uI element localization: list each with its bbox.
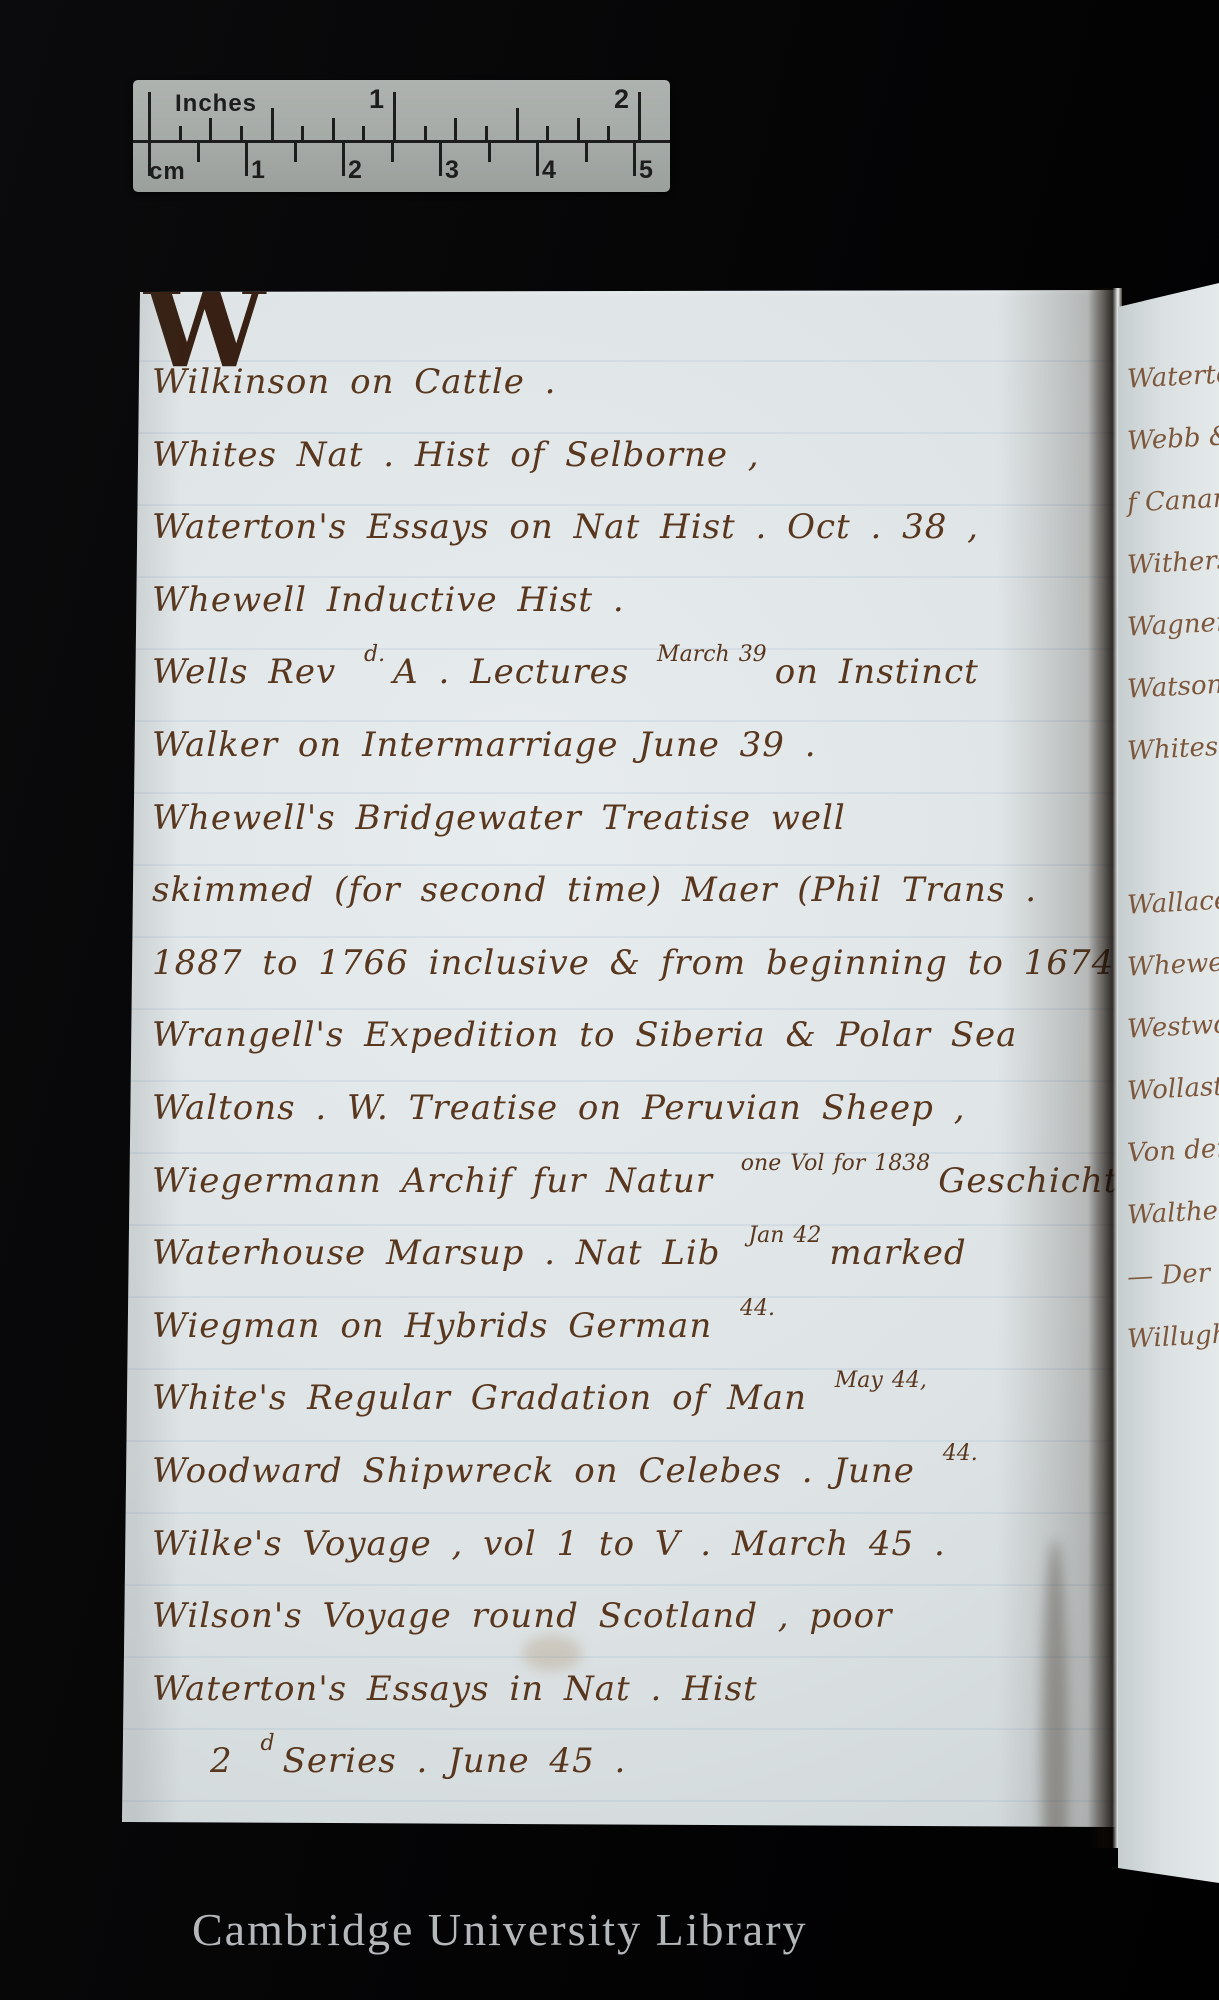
ruler-inch-tick [332, 118, 335, 140]
ruler-cm-number: 3 [445, 156, 459, 185]
ruler-inch-number: 2 [614, 84, 629, 115]
ruler-cm-tick [148, 142, 151, 176]
ruler-cm-tick [633, 142, 636, 176]
entry-line: Whites Nat . Hist of Selborne , [152, 435, 760, 475]
ruler-cm-number: 2 [348, 156, 362, 185]
ruler-cm-tick [488, 142, 491, 162]
entry-text: Whewell's Bridgewater Treatise well [152, 798, 846, 838]
entry-text: 1887 to 1766 inclusive & from beginning … [152, 943, 1114, 983]
entry-text: Wilke's Voyage , vol 1 to V . March 45 . [152, 1524, 946, 1564]
entry-superscript-date: d. [364, 642, 385, 667]
entry-line: Wiegermann Archif fur Natur one Vol for … [152, 1161, 1171, 1201]
entry-text: Wilson's Voyage round Scotland , poor [152, 1596, 892, 1636]
facing-page-fragment: Withers Cop [1126, 543, 1219, 612]
ruler-inch-tick [179, 126, 182, 140]
ruler-cm-tick [294, 142, 297, 162]
ruler-inches-label: Inches [175, 90, 257, 118]
entry-superscript-date: 44. [943, 1441, 978, 1466]
entry-text: A . Lectures [393, 652, 649, 692]
ruler-inch-tick [516, 108, 519, 140]
ruler-cm-number: 4 [542, 156, 556, 185]
ruler-cm-number: 1 [251, 156, 265, 185]
entry-line: Whewell Inductive Hist . [152, 580, 625, 620]
entry-text: Waterton's Essays in Nat . Hist [152, 1669, 758, 1709]
entry-line: Waterhouse Marsup . Nat Lib Jan 42marked [152, 1233, 967, 1273]
paper-stain [1052, 1850, 1098, 1990]
entry-line: Waterton's Essays in Nat . Hist [152, 1669, 758, 1709]
facing-page-fragment: Wagner's anat [1126, 605, 1219, 674]
facing-page-fragment: Willughby orn [1126, 1317, 1219, 1386]
ruler-inch-tick [362, 126, 365, 140]
entry-text: Wiegermann Archif fur Natur [152, 1161, 733, 1201]
ruler-cm-tick [536, 142, 539, 176]
entry-text: marked [829, 1233, 966, 1273]
ruler-inch-tick [607, 126, 610, 140]
ruler-inch-tick [424, 126, 427, 140]
entry-line: Whewell's Bridgewater Treatise well [152, 798, 846, 838]
facing-page-strip: Watertons WWebb & Berf Canary IslWithers… [1118, 283, 1219, 1883]
entry-line: 1887 to 1766 inclusive & from beginning … [152, 943, 1114, 983]
entry-line: 2 dSeries . June 45 . [210, 1741, 626, 1781]
entry-line: Waterton's Essays on Nat Hist . Oct . 38… [152, 507, 979, 547]
entry-text: Wiegman on Hybrids German [152, 1306, 732, 1346]
facing-page-fragment: Westwood Mo [1126, 1007, 1219, 1076]
entry-text: Series . June 45 . [283, 1741, 627, 1781]
ruler-inch-tick [209, 118, 212, 140]
entry-superscript-date: one Vol for 1838 [741, 1151, 930, 1176]
facing-page-fragment: — Der [1126, 1255, 1219, 1324]
ruler-cm-tick [342, 142, 345, 176]
facing-page-fragment: Watertons W [1126, 357, 1219, 426]
facing-page-fragment: Wollaston [1126, 1069, 1219, 1138]
entry-text: Walker on Intermarriage June 39 . [152, 725, 817, 765]
entry-line: Wilson's Voyage round Scotland , poor [152, 1596, 892, 1636]
ruler-cm-tick [391, 142, 394, 162]
entry-text: Woodward Shipwreck on Celebes . June [152, 1451, 935, 1491]
ruler-inch-tick [271, 108, 274, 140]
entry-superscript-date: 44. [740, 1296, 775, 1321]
ruler-inch-tick [638, 92, 641, 140]
facing-page-fragment: Walther R [1126, 1193, 1219, 1262]
facing-page-fragment: Whewell Phi [1126, 945, 1219, 1014]
book-gutter-fold [1088, 288, 1122, 1848]
facing-page-fragment: f Canary Isl [1126, 481, 1219, 550]
entry-line: Wilke's Voyage , vol 1 to V . March 45 . [152, 1524, 946, 1564]
entry-line: Waltons . W. Treatise on Peruvian Sheep … [152, 1088, 966, 1128]
ruler-inch-tick [485, 126, 488, 140]
entry-line: Wilkinson on Cattle . [152, 362, 557, 402]
ruler-cm-label: cm [149, 158, 186, 186]
facing-page-fragment: Wallace Tre [1126, 883, 1219, 952]
ruler-inch-number: 1 [369, 84, 384, 115]
entry-superscript-date: March 39 [657, 642, 767, 667]
entry-text: Waltons . W. Treatise on Peruvian Sheep … [152, 1088, 966, 1128]
entry-line: skimmed (for second time) Maer (Phil Tra… [152, 870, 1037, 910]
ruler-inch-tick [577, 118, 580, 140]
facing-page-text-fragments: Watertons WWebb & Berf Canary IslWithers… [1128, 361, 1219, 1383]
entry-line: White's Regular Gradation of Man May 44, [152, 1378, 935, 1418]
ruler-inch-tick [240, 126, 243, 140]
ruler-inch-tick [148, 92, 151, 140]
ruler-cm-tick [197, 142, 200, 162]
entry-text: Waterhouse Marsup . Nat Lib [152, 1233, 740, 1273]
ruler-inch-tick [454, 118, 457, 140]
facing-page-fragment: Whites Selbor [1126, 729, 1219, 798]
entry-text: Waterton's Essays on Nat Hist . Oct . 38… [152, 507, 979, 547]
entry-text: skimmed (for second time) Maer (Phil Tra… [152, 870, 1037, 910]
entry-line: Wiegman on Hybrids German 44. [152, 1306, 783, 1346]
entry-text: Whewell Inductive Hist . [152, 580, 625, 620]
entry-text: Wilkinson on Cattle . [152, 362, 557, 402]
facing-page-fragment: Watson Cyb [1126, 667, 1219, 736]
ruler-inch-tick [546, 126, 549, 140]
manuscript-page: W Wilkinson on Cattle . Whites Nat . His… [122, 290, 1117, 1827]
entry-text: Wells Rev [152, 652, 356, 692]
library-watermark: Cambridge University Library [192, 1903, 808, 1956]
ruler-inch-tick [301, 126, 304, 140]
ruler-cm-tick [585, 142, 588, 162]
facing-page-fragment: Von der [1126, 1131, 1219, 1200]
entry-line: Woodward Shipwreck on Celebes . June 44. [152, 1451, 986, 1491]
entry-text: White's Regular Gradation of Man [152, 1378, 827, 1418]
ruler-midline [133, 140, 670, 143]
entry-line: Walker on Intermarriage June 39 . [152, 725, 817, 765]
entry-text: Whites Nat . Hist of Selborne , [152, 435, 760, 475]
entry-line: Wrangell's Expedition to Siberia & Polar… [152, 1015, 1017, 1055]
entry-superscript-date: d [260, 1731, 274, 1756]
fragment-gap [1128, 795, 1219, 887]
manuscript-entries: Wilkinson on Cattle . Whites Nat . Hist … [122, 290, 1117, 1827]
ruler-inch-tick [393, 92, 396, 140]
entry-line: Wells Rev d.A . Lectures March 39on Inst… [152, 652, 979, 692]
ruler-cm-number: 5 [639, 156, 653, 185]
entry-text: on Instinct [775, 652, 979, 692]
facing-page-fragment: Webb & Ber [1126, 419, 1219, 488]
ruler-cm-tick [245, 142, 248, 176]
ruler: Inches cm 1212345 [133, 80, 670, 192]
entry-superscript-date: May 44, [835, 1368, 927, 1393]
photograph-background: { "photo": { "watermark": "Cambridge Uni… [0, 0, 1219, 2000]
ruler-cm-tick [439, 142, 442, 176]
entry-superscript-date: Jan 42 [748, 1223, 821, 1248]
entry-text: Wrangell's Expedition to Siberia & Polar… [152, 1015, 1017, 1055]
entry-text: 2 [210, 1741, 252, 1781]
